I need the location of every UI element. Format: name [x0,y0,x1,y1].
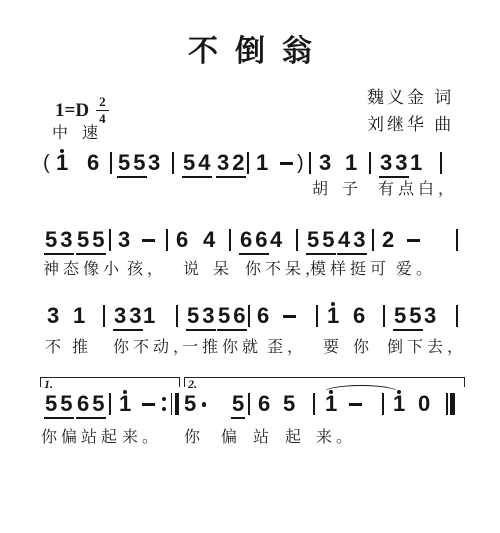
lyric-phrase: 模样挺可 [310,256,390,279]
beam-group: 66 [239,229,269,255]
note: 3 [129,305,141,327]
lyric-phrase: 偏 [221,424,241,447]
note: 1 [56,152,68,174]
barline [440,152,442,174]
note: 3 [424,305,436,327]
barline [296,229,298,251]
note: 6 [257,305,269,327]
note: 3 [47,305,59,327]
lyric-phrase: 你 [353,334,373,357]
lyrics-line: 不推你不动，一推你就歪，要你倒下去， [0,334,500,356]
dash-note [142,403,155,406]
note: 3 [353,229,365,251]
note: 5 [184,393,196,415]
note: 5 [60,393,72,415]
note: 5 [45,229,57,251]
note: 6 [255,229,267,251]
volta-bracket: 2. [184,377,465,387]
lyric-phrase: 你不动， [113,334,193,357]
note: 0 [418,393,430,415]
tonic-label: 1=D [55,100,89,122]
page-title: 不倒翁 [0,26,500,70]
barline [382,393,384,415]
music-line: (1655354321)31331 [0,152,500,178]
music-line: 1.2.556515565110 [0,393,500,419]
note: 1 [73,305,85,327]
note: 5 [118,152,130,174]
note: 5 [322,229,334,251]
note: 3 [380,152,392,174]
beam-group: 65 [76,393,106,419]
lyric-phrase: 要 [323,334,343,357]
paren: ( [43,152,50,174]
note: 6 [353,305,365,327]
credits: 魏义金 词 刘继华 曲 [367,84,454,138]
note: 6 [176,229,188,251]
note: 5 [77,229,89,251]
dash-note [283,315,296,318]
beam-group: 55 [76,229,106,255]
note: 1 [345,152,357,174]
beam-group: 55 [306,229,336,255]
barline [369,152,371,174]
note: 1 [256,152,268,174]
note: 3 [118,229,130,251]
barline [176,305,178,327]
beam-group: 53 [44,229,74,255]
dash-note [280,162,293,165]
barline [172,152,174,174]
lyric-phrase: 来。 [316,424,356,447]
barline [372,229,374,251]
note: 1 [143,305,155,327]
volta-label: 2. [188,378,197,390]
note: 5 [183,152,195,174]
lyric-phrase: 一推你就 [182,334,262,357]
dash-note [349,403,362,406]
note: 5 [92,393,104,415]
note: 1 [410,152,422,174]
note: 3 [114,305,126,327]
barline [248,305,250,327]
note: 4 [198,152,210,174]
lyric-phrase: 胡 [312,176,332,199]
note: 4 [270,229,282,251]
note: 1 [327,305,339,327]
beam-group: 32 [216,152,246,178]
beam-group: 55 [44,393,74,419]
dash-note [407,239,420,242]
final-barline [446,393,455,415]
lyric-phrase: 你 [184,424,204,447]
lyric-phrase: 爱。 [396,256,436,279]
barline [229,229,231,251]
repeat-dots [162,393,166,415]
note: 3 [148,152,160,174]
lyrics-line: 你偏站起来。你偏站起来。 [0,424,500,446]
music-line: 535536466455432 [0,229,500,255]
lyric-phrase: 呆 [213,256,233,279]
barline [309,152,311,174]
note: 5 [394,305,406,327]
barline [456,229,458,251]
music-line: 313315356616553 [0,305,500,331]
beam-group: 53 [186,305,216,331]
tempo-marking: 中 速 [52,120,103,143]
barline [103,305,105,327]
note: 5 [232,393,244,415]
lyric-phrase: 孩， [127,256,167,279]
barline [109,393,111,415]
beam-group: 55 [117,152,147,178]
lyric-phrase: 不 [45,334,65,357]
lyric-phrase: 倒下去， [387,334,467,357]
note: 1 [393,393,405,415]
meter-numerator: 2 [96,95,109,111]
note: 5 [409,305,421,327]
beam-group: 56 [217,305,247,331]
barline [109,229,111,251]
barline [316,305,318,327]
barline [247,152,249,174]
beam-group: 43 [337,229,367,255]
beam-group: 5 [231,393,245,419]
note: 6 [233,305,245,327]
note: 5 [45,393,57,415]
note: 1 [325,393,337,415]
volta-label: 1. [44,378,53,390]
barline [110,152,112,174]
note: 6 [87,152,99,174]
composer-credit: 刘继华 曲 [367,111,454,138]
note: 2 [382,229,394,251]
lyric-phrase: 歪， [267,334,307,357]
lyricist-credit: 魏义金 词 [367,84,454,111]
beam-group: 33 [379,152,409,178]
lyrics-line: 神态像小孩，说呆你不呆，模样挺可爱。 [0,256,500,278]
beam-group: 33 [113,305,143,331]
note: 3 [202,305,214,327]
lyric-phrase: 子 [342,176,362,199]
note: 5 [187,305,199,327]
note: 1 [119,393,131,415]
lyric-phrase: 来。 [122,424,162,447]
note: 6 [258,393,270,415]
dash-note [142,239,155,242]
lyric-phrase: 你偏站起 [41,424,121,447]
lyric-phrase: 推 [72,334,92,357]
lyrics-line: 胡子有点白， [0,176,500,198]
lyric-phrase: 有点白， [378,176,458,199]
barline [313,393,315,415]
lyric-phrase: 站 [253,424,273,447]
note: 2 [232,152,244,174]
paren: ) [297,152,304,174]
note: 4 [338,229,350,251]
barline [456,305,458,327]
note: 3 [319,152,331,174]
beam-group: 54 [182,152,212,178]
sheet-music-page: 不倒翁 1=D 2 4 中 速 魏义金 词 刘继华 曲 (1655354321)… [0,0,500,533]
barline [166,229,168,251]
barline [248,393,250,415]
lyric-phrase: 说 [183,256,203,279]
note: 3 [60,229,72,251]
note: 6 [240,229,252,251]
beam-group: 55 [393,305,423,331]
note: 6 [77,393,89,415]
note: 4 [203,229,215,251]
repeat-barline [162,393,179,415]
note: 3 [217,152,229,174]
note: 5 [92,229,104,251]
note: 5 [307,229,319,251]
volta-bracket: 1. [40,377,180,387]
barline [383,305,385,327]
note: 5 [283,393,295,415]
lyric-phrase: 神态像小 [43,256,123,279]
note: 5 [133,152,145,174]
note: 3 [395,152,407,174]
note: 5 [218,305,230,327]
lyric-phrase: 起 [285,424,305,447]
